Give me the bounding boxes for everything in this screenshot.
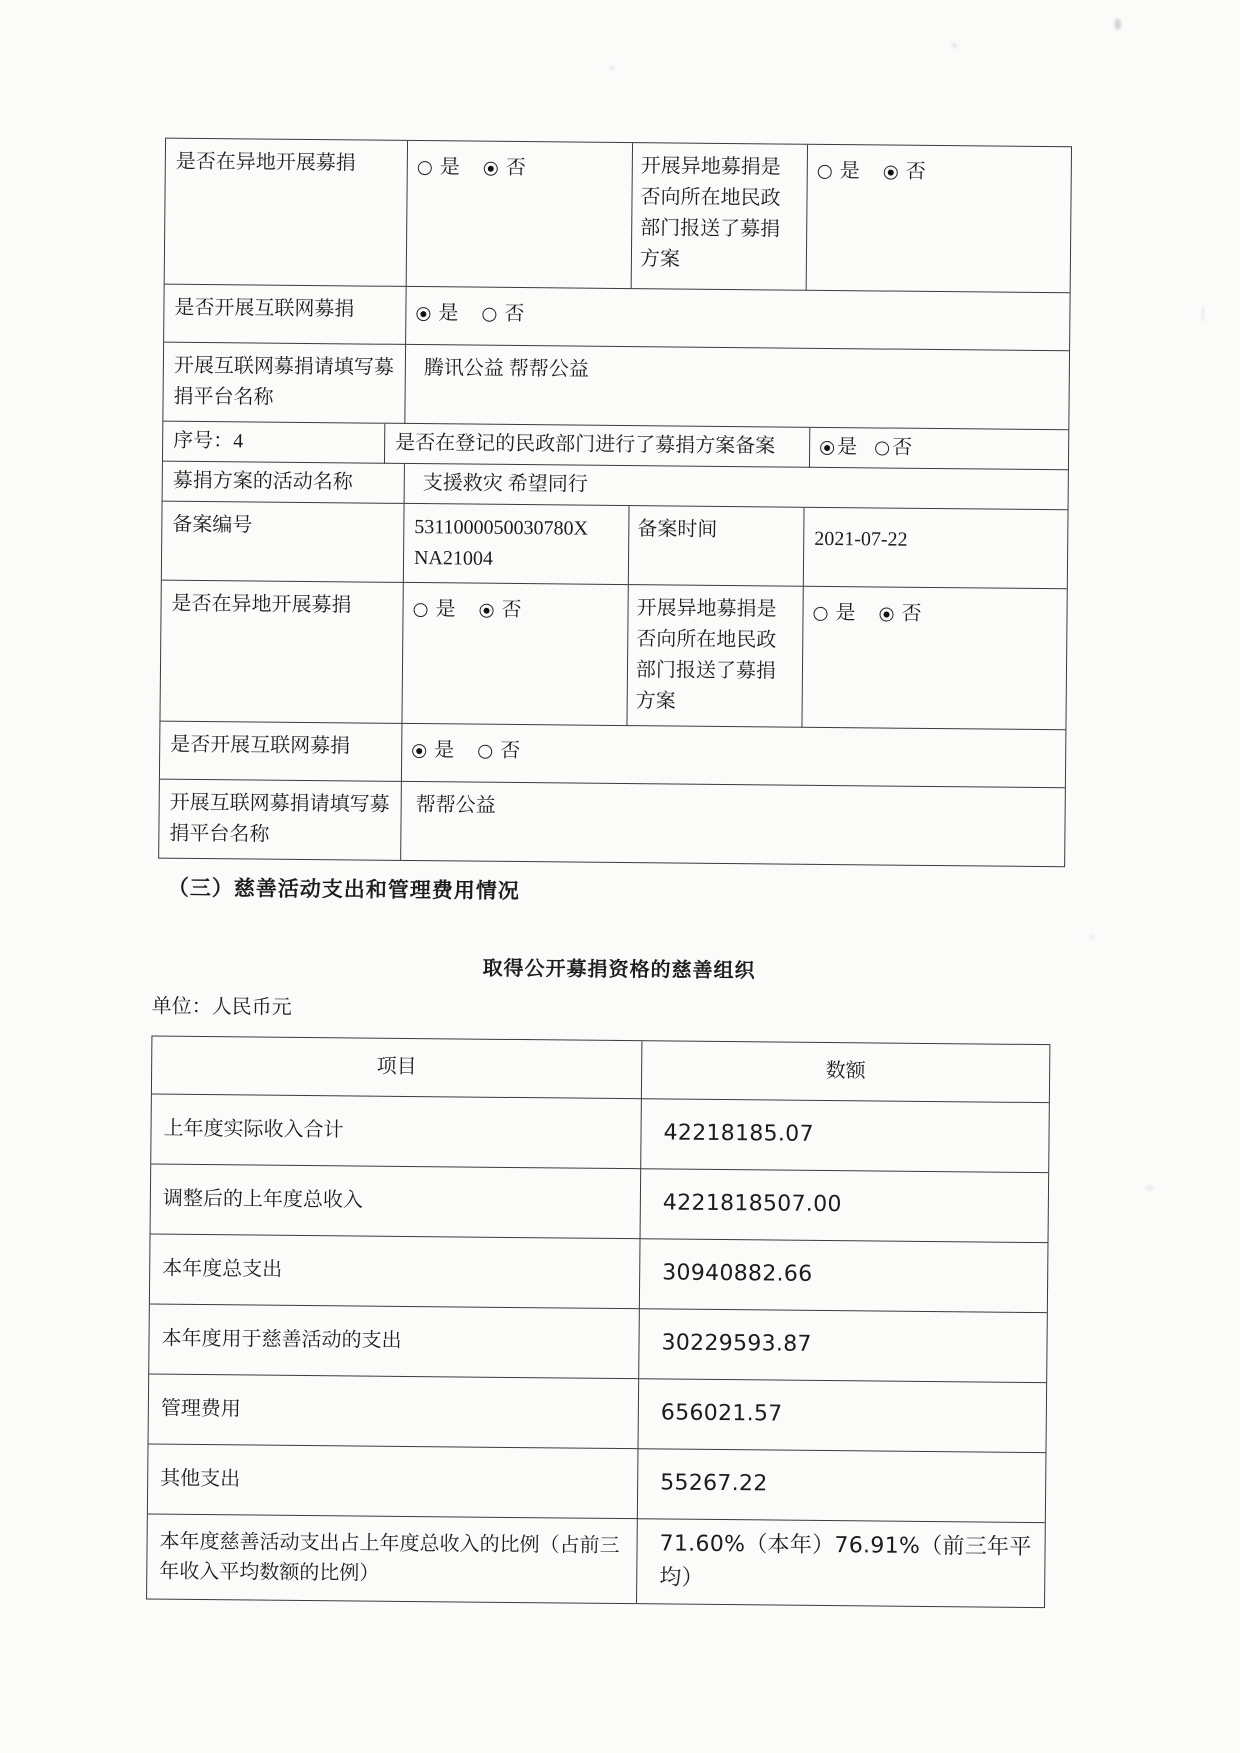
offsite-radio-cell: 是 否 <box>402 583 628 726</box>
radio-label: 是 <box>837 432 857 463</box>
row-label: 调整后的上年度总收入 <box>151 1165 642 1240</box>
radio-icon <box>820 440 834 454</box>
serial-label: 序号：4 <box>163 422 385 464</box>
filing-no-label: 备案编号 <box>162 502 405 583</box>
table-row: 管理费用 656021.57 <box>149 1375 1047 1454</box>
table-header-row: 项目 数额 <box>152 1037 1050 1104</box>
table-row: 是否开展互联网募捐 是 否 <box>164 285 1070 352</box>
offsite-report-radio-group: 是 否 <box>813 598 921 630</box>
row-value: 4221818507.00 <box>641 1169 1049 1243</box>
radio-option-yes: 是 <box>413 594 455 625</box>
platform-value: 帮帮公益 <box>401 782 1065 866</box>
activity-name-value: 支援救灾 希望同行 <box>405 464 1068 510</box>
radio-icon <box>818 164 832 178</box>
radio-option-yes: 是 <box>818 156 860 187</box>
radio-label: 否 <box>500 736 520 767</box>
table-row: 本年度慈善活动支出占上年度总收入的比例（占前三年收入平均数额的比例） 71.60… <box>147 1514 1045 1607</box>
table-row: 备案编号 5311000050030780XNA21004 备案时间 2021-… <box>162 502 1068 590</box>
radio-label: 否 <box>501 595 521 626</box>
platform-value: 腾讯公益 帮帮公益 <box>405 345 1069 430</box>
radio-label: 是 <box>835 598 855 629</box>
offsite-radio-group: 是 否 <box>418 152 526 184</box>
internet-question-label: 是否开展互联网募捐 <box>160 722 403 782</box>
table-row: 其他支出 55267.22 <box>148 1445 1046 1524</box>
table-row: 是否在异地开展募捐 是 否 开展异地募捐是否向所在地民政部门报送了募捐方案 是 … <box>165 139 1071 294</box>
filed-question-label: 是否在登记的民政部门进行了募捐方案备案 <box>385 424 810 468</box>
row-value: 55267.22 <box>638 1449 1046 1523</box>
radio-icon <box>813 606 827 620</box>
table-row: 开展互联网募捐请填写募捐平台名称 腾讯公益 帮帮公益 <box>163 343 1069 431</box>
scan-smudge <box>610 66 614 70</box>
table-row: 本年度用于慈善活动的支出 30229593.87 <box>149 1305 1047 1384</box>
table-row: 开展互联网募捐请填写募捐平台名称 帮帮公益 <box>159 780 1065 867</box>
radio-icon <box>482 307 496 321</box>
radio-label: 否 <box>901 599 921 630</box>
radio-option-no: 否 <box>879 598 921 629</box>
internet-radio-cell: 是 否 <box>406 287 1070 351</box>
radio-label: 是 <box>438 298 458 329</box>
radio-icon <box>875 441 889 455</box>
radio-label: 是 <box>840 156 860 187</box>
radio-option-no: 否 <box>478 736 520 767</box>
offsite-report-radio-cell: 是 否 <box>807 145 1071 294</box>
radio-icon <box>879 607 893 621</box>
internet-question-label: 是否开展互联网募捐 <box>164 285 407 345</box>
radio-option-no: 否 <box>884 157 926 188</box>
row-value: 30940882.66 <box>640 1239 1048 1313</box>
table-row: 是否在异地开展募捐 是 否 开展异地募捐是否向所在地民政部门报送了募捐方案 是 … <box>160 581 1066 731</box>
radio-option-yes: 是 <box>416 298 458 329</box>
radio-option-yes: 是 <box>813 598 855 629</box>
radio-icon <box>484 161 498 175</box>
radio-option-no: 否 <box>479 595 521 626</box>
row-label: 本年度总支出 <box>150 1235 641 1310</box>
scanned-page: 是否在异地开展募捐 是 否 开展异地募捐是否向所在地民政部门报送了募捐方案 是 … <box>0 0 1240 1753</box>
radio-icon <box>412 743 426 757</box>
radio-label: 否 <box>906 157 926 188</box>
row-label: 本年度慈善活动支出占上年度总收入的比例（占前三年收入平均数额的比例） <box>147 1514 638 1603</box>
scan-smudge <box>1114 19 1121 30</box>
platform-question-label: 开展互联网募捐请填写募捐平台名称 <box>163 343 406 424</box>
offsite-report-question-label: 开展异地募捐是否向所在地民政部门报送了募捐方案 <box>627 585 803 728</box>
row-value: 656021.57 <box>639 1379 1047 1453</box>
radio-icon <box>413 603 427 617</box>
column-header-item: 项目 <box>152 1037 643 1100</box>
radio-label: 否 <box>506 153 526 184</box>
radio-label: 是 <box>440 152 460 183</box>
row-value: 42218185.07 <box>641 1099 1049 1173</box>
radio-icon <box>416 307 430 321</box>
offsite-report-question-label: 开展异地募捐是否向所在地民政部门报送了募捐方案 <box>632 143 808 291</box>
table-row: 调整后的上年度总收入 4221818507.00 <box>151 1165 1049 1244</box>
table-row: 本年度总支出 30940882.66 <box>150 1235 1048 1314</box>
radio-option-no: 否 <box>875 432 912 463</box>
scan-smudge <box>1145 1185 1154 1191</box>
offsite-report-radio-group: 是 否 <box>818 156 926 188</box>
row-value: 30229593.87 <box>639 1309 1047 1383</box>
filed-radio-group: 是 否 <box>820 432 912 464</box>
offsite-question-label: 是否在异地开展募捐 <box>165 139 408 287</box>
filed-radio-cell: 是 否 <box>810 428 1068 470</box>
offsite-report-radio-cell: 是 否 <box>802 587 1066 731</box>
radio-icon <box>479 603 493 617</box>
row-label: 管理费用 <box>149 1375 640 1450</box>
scan-smudge <box>1201 306 1204 322</box>
offsite-question-label: 是否在异地开展募捐 <box>160 581 403 724</box>
offsite-radio-cell: 是 否 <box>407 141 633 289</box>
filing-no-cell: 5311000050030780XNA21004 <box>404 504 630 585</box>
table-row: 上年度实际收入合计 42218185.07 <box>151 1095 1049 1174</box>
row-label: 上年度实际收入合计 <box>151 1095 642 1170</box>
radio-option-yes: 是 <box>412 735 454 766</box>
offsite-radio-group: 是 否 <box>413 594 521 626</box>
platform-question-label: 开展互联网募捐请填写募捐平台名称 <box>159 780 402 860</box>
radio-option-yes: 是 <box>418 152 460 183</box>
unit-label: 单位：人民币元 <box>152 990 292 1020</box>
row-label: 本年度用于慈善活动的支出 <box>149 1305 640 1380</box>
expense-table-title: 取得公开募捐资格的慈善组织 <box>0 947 1239 988</box>
radio-icon <box>418 161 432 175</box>
internet-radio-group: 是 否 <box>416 298 524 330</box>
radio-label: 是 <box>434 735 454 766</box>
activity-name-label: 募捐方案的活动名称 <box>163 462 405 504</box>
radio-label: 否 <box>504 299 524 330</box>
row-label: 其他支出 <box>148 1445 639 1520</box>
filing-no-value: 5311000050030780XNA21004 <box>414 512 591 576</box>
radio-option-yes: 是 <box>820 432 857 463</box>
scan-smudge <box>952 43 957 48</box>
filing-time-label: 备案时间 <box>629 506 805 587</box>
column-header-amount: 数额 <box>642 1041 1050 1103</box>
table-row: 是否开展互联网募捐 是 否 <box>160 722 1066 789</box>
radio-label: 否 <box>892 433 912 464</box>
radio-option-no: 否 <box>482 299 524 330</box>
radio-icon <box>478 744 492 758</box>
radio-option-no: 否 <box>484 153 526 184</box>
section-heading: （三）慈善活动支出和管理费用情况 <box>168 872 520 905</box>
row-value: 71.60%（本年）76.91%（前三年平均） <box>637 1519 1045 1607</box>
radio-icon <box>884 165 898 179</box>
fundraising-table: 是否在异地开展募捐 是 否 开展异地募捐是否向所在地民政部门报送了募捐方案 是 … <box>158 138 1072 868</box>
internet-radio-group: 是 否 <box>412 735 520 767</box>
radio-label: 是 <box>435 594 455 625</box>
scan-smudge <box>1089 935 1094 940</box>
internet-radio-cell: 是 否 <box>402 724 1066 788</box>
filing-time-value: 2021-07-22 <box>804 508 1068 590</box>
expense-table: 项目 数额 上年度实际收入合计 42218185.07 调整后的上年度总收入 4… <box>146 1036 1050 1609</box>
